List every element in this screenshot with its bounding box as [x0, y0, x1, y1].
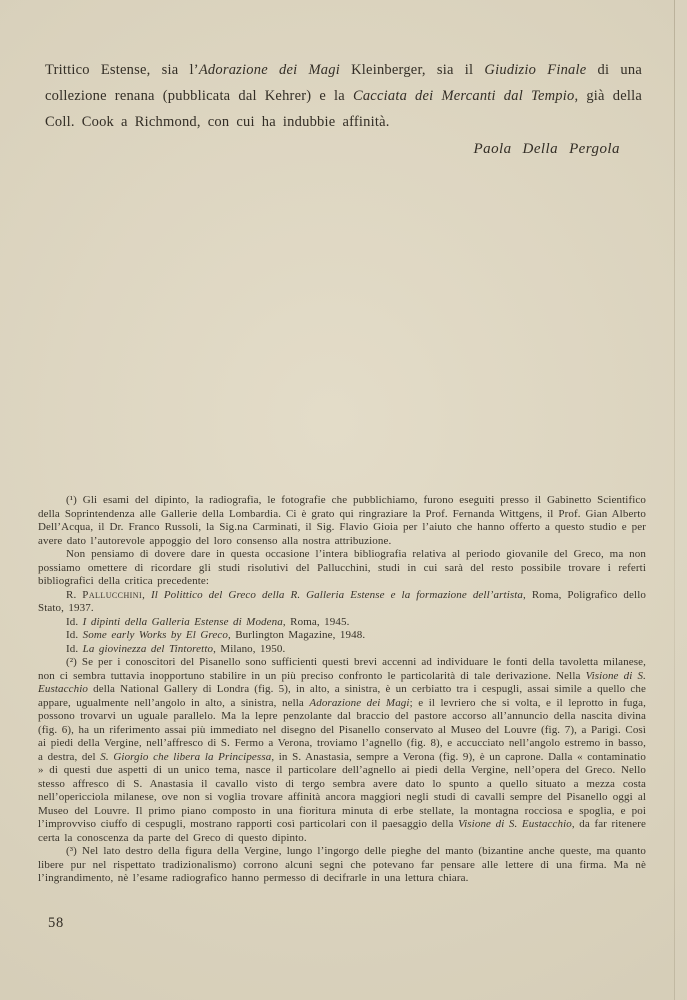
text-run: (¹) Gli esami del dipinto, la radiografi…: [38, 494, 646, 547]
text-run: , Milano, 1950.: [213, 643, 285, 655]
italic-text-run: Adorazione dei Magi: [309, 697, 409, 709]
italic-text-run: Giudizio Finale: [484, 62, 586, 78]
italic-text-run: Cacciata dei Mercanti dal Tempio: [353, 88, 575, 104]
text-run: R.: [66, 589, 82, 601]
footnote-paragraph: Id. I dipinti della Galleria Estense di …: [38, 616, 646, 630]
footnote-paragraph: (¹) Gli esami del dipinto, la radiografi…: [38, 494, 646, 548]
main-text-paragraph: Trittico Estense, sia l’Adorazione dei M…: [45, 57, 642, 135]
text-run: Id.: [66, 643, 83, 655]
text-run: (³) Nel lato destro della figura della V…: [38, 845, 646, 884]
italic-text-run: Il Polittico del Greco della R. Galleria…: [151, 589, 523, 601]
text-run: , Burlington Magazine, 1948.: [228, 629, 365, 641]
italic-text-run: Adorazione dei Magi: [199, 62, 340, 78]
italic-text-run: La giovinezza del Tintoretto: [83, 643, 213, 655]
italic-text-run: S. Giorgio che libera la Principessa: [100, 751, 271, 763]
text-run: Non pensiamo di dovere dare in questa oc…: [38, 548, 646, 587]
small-caps-text-run: Pallucchini: [82, 589, 142, 601]
footnote: (³) Nel lato destro della figura della V…: [38, 845, 646, 886]
footnote-paragraph: R. Pallucchini, Il Polittico del Greco d…: [38, 589, 646, 616]
italic-text-run: Visione di S. Eustacchio: [458, 818, 572, 830]
footnote-paragraph: Non pensiamo di dovere dare in questa oc…: [38, 548, 646, 589]
text-run: Id.: [66, 616, 83, 628]
page-number: 58: [48, 915, 64, 932]
footnote-paragraph: Id. La giovinezza del Tintoretto, Milano…: [38, 643, 646, 657]
text-run: Trittico Estense, sia l’: [45, 62, 199, 78]
text-run: ,: [142, 589, 151, 601]
italic-text-run: I dipinti della Galleria Estense di Mode…: [83, 616, 283, 628]
footnote-paragraph: (²) Se per i conoscitori del Pisanello s…: [38, 656, 646, 845]
footnote: (¹) Gli esami del dipinto, la radiografi…: [38, 494, 646, 656]
footnote: (²) Se per i conoscitori del Pisanello s…: [38, 656, 646, 845]
italic-text-run: Some early Works by El Greco: [83, 629, 228, 641]
footnote-paragraph: (³) Nel lato destro della figura della V…: [38, 845, 646, 886]
text-run: Id.: [66, 629, 83, 641]
text-run: (²) Se per i conoscitori del Pisanello s…: [38, 656, 646, 682]
page-edge-shadow: [675, 0, 687, 1000]
author-name: Paola Della Pergola: [45, 141, 620, 158]
scanned-book-page: Trittico Estense, sia l’Adorazione dei M…: [0, 0, 687, 1000]
footnotes-section: (¹) Gli esami del dipinto, la radiografi…: [38, 494, 646, 886]
text-run: , Roma, 1945.: [283, 616, 350, 628]
footnote-paragraph: Id. Some early Works by El Greco, Burlin…: [38, 629, 646, 643]
text-run: Kleinberger, sia il: [340, 62, 484, 78]
page-edge-crease: [674, 0, 675, 1000]
